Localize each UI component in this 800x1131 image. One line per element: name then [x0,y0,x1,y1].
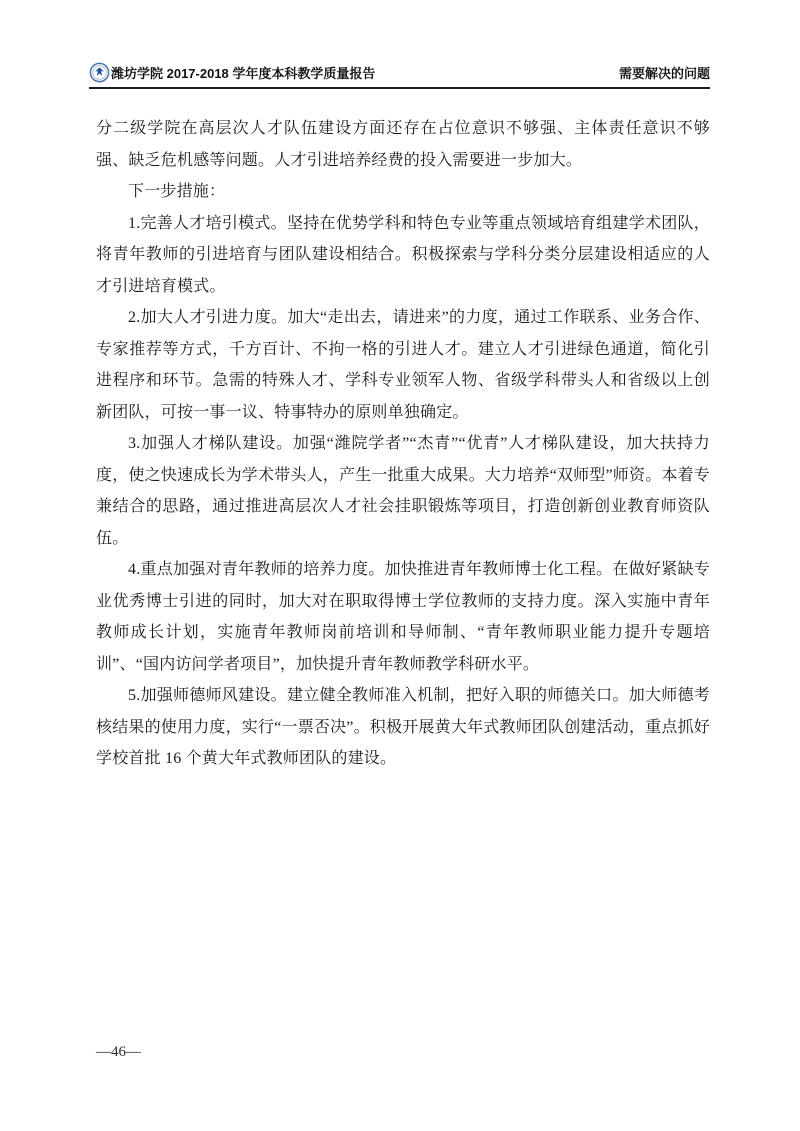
document-page: 潍坊学院 2017-2018 学年度本科教学质量报告 需要解决的问题 分二级学院… [0,0,800,1131]
paragraph-next-steps-heading: 下一步措施： [96,176,710,208]
paragraph-measure-4: 4.重点加强对青年教师的培养力度。加快推进青年教师博士化工程。在做好紧缺专业优秀… [96,554,710,680]
paragraph-measure-1: 1.完善人才培引模式。坚持在优势学科和特色专业等重点领域培育组建学术团队，将青年… [96,208,710,303]
page-number: —46— [96,1044,141,1061]
document-body: 分二级学院在高层次人才队伍建设方面还存在占位意识不够强、主体责任意识不够强、缺乏… [96,113,710,775]
header-section-title: 需要解决的问题 [619,63,710,82]
paragraph-measure-5: 5.加强师德师风建设。建立健全教师准入机制，把好入职的师德关口。加大师德考核结果… [96,680,710,775]
paragraph-measure-3: 3.加强人才梯队建设。加强“潍院学者”“杰青”“优青”人才梯队建设，加大扶持力度… [96,428,710,554]
paragraph-continuation: 分二级学院在高层次人才队伍建设方面还存在占位意识不够强、主体责任意识不够强、缺乏… [96,113,710,176]
page-header: 潍坊学院 2017-2018 学年度本科教学质量报告 需要解决的问题 [89,57,710,89]
header-report-title: 潍坊学院 2017-2018 学年度本科教学质量报告 [111,63,375,82]
header-left: 潍坊学院 2017-2018 学年度本科教学质量报告 [89,62,375,83]
university-seal-icon [89,62,110,83]
paragraph-measure-2: 2.加大人才引进力度。加大“走出去，请进来”的力度，通过工作联系、业务合作、专家… [96,302,710,428]
